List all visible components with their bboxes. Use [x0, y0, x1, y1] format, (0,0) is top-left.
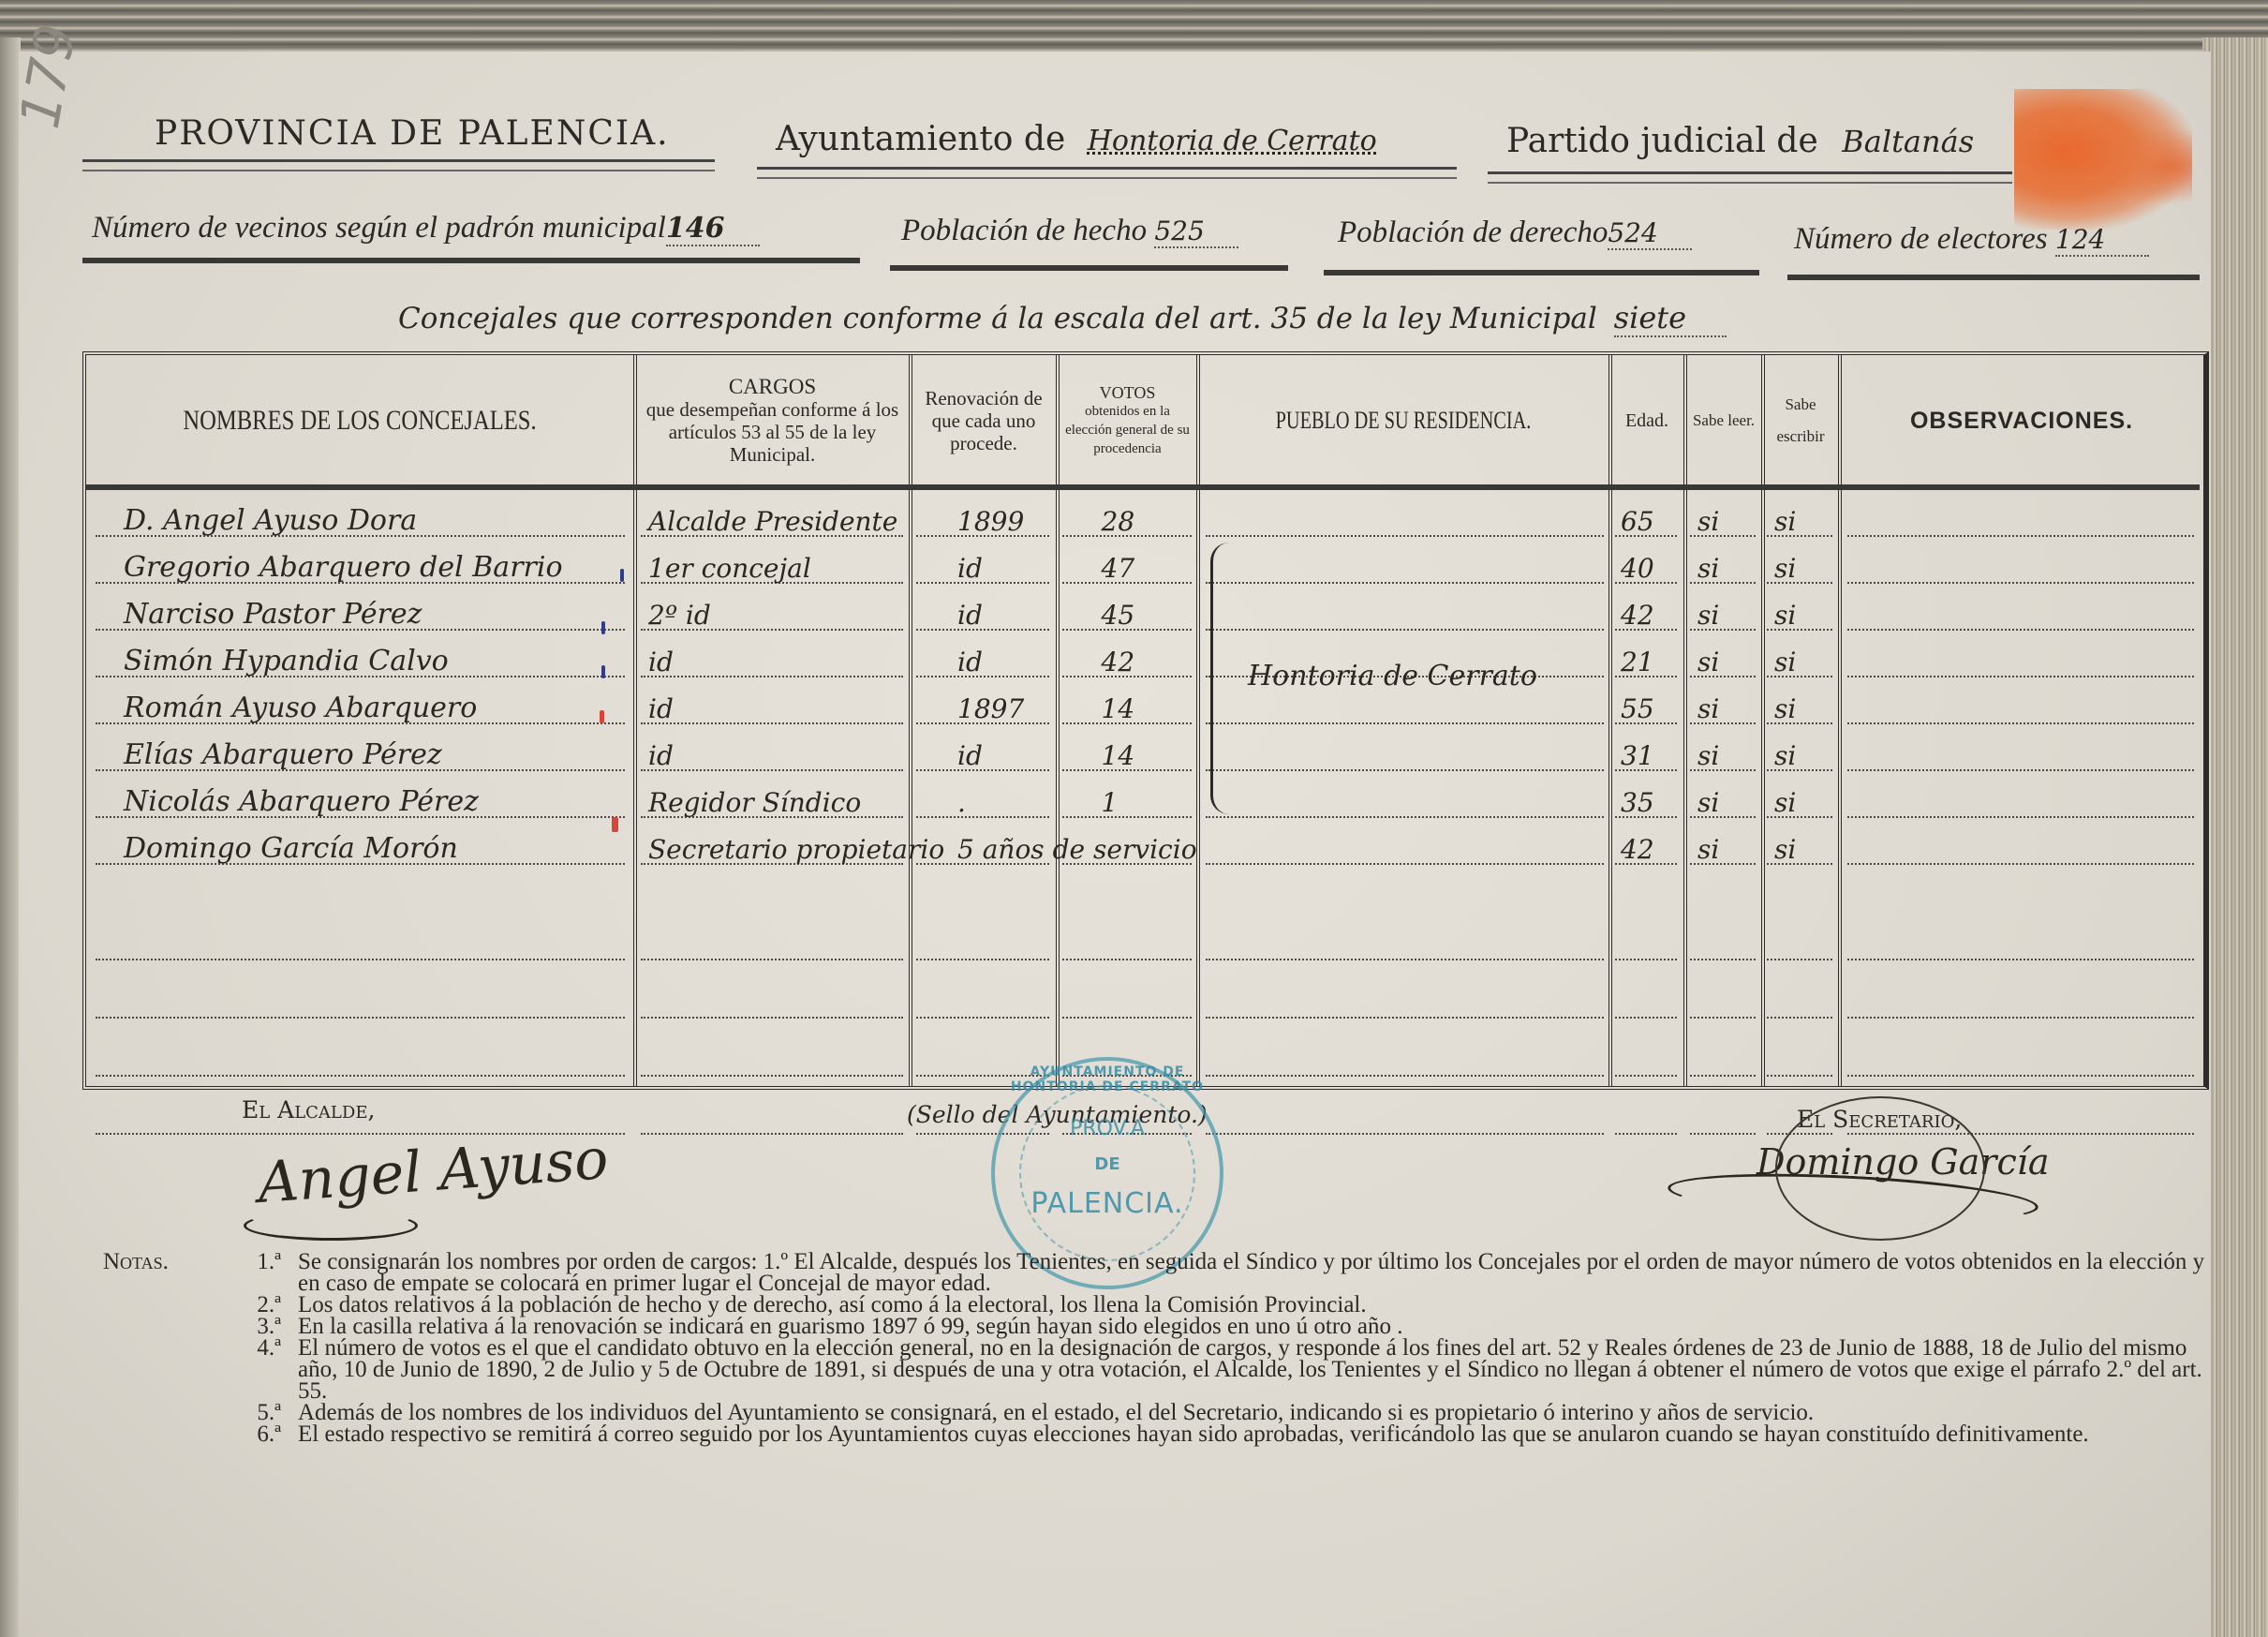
dotted-leader	[1847, 1075, 2194, 1077]
cell-escribir: si	[1774, 553, 1796, 584]
cell-edad: 40	[1621, 553, 1654, 584]
th-sabe-leer: Sabe leer.	[1688, 355, 1759, 486]
cell-cargo: id	[648, 740, 674, 771]
cell-cargo: 2º id	[648, 600, 711, 631]
ayuntamiento-rule	[757, 167, 1457, 179]
cell-renovacion: .	[957, 787, 966, 818]
dotted-leader	[1847, 769, 2194, 771]
cell-escribir: si	[1774, 834, 1796, 865]
notes-prefix	[103, 1316, 206, 1337]
book-top-edge	[0, 0, 2268, 58]
dotted-leader	[96, 1075, 625, 1077]
province-title: PROVINCIA DE PALENCIA.	[155, 114, 670, 153]
ayuntamiento-field: Ayuntamiento de Hontoria de Cerrato	[776, 120, 1377, 158]
poblacion-hecho-rule	[890, 265, 1288, 271]
table-row: Simón Hypandia Calvoidid4221sisi	[86, 636, 2203, 683]
cell-renovacion: id	[957, 740, 983, 771]
book-left-edge	[0, 37, 21, 1637]
concejales-value: siete	[1614, 300, 1727, 337]
revenue-stamp-remnant	[2014, 89, 2192, 230]
cell-renovacion: 1899	[957, 506, 1024, 537]
seal-ring-text: AYUNTAMIENTO DE HONTORIA DE CERRATO	[986, 1064, 1229, 1094]
poblacion-hecho-field: Población de hecho 525	[901, 214, 1238, 248]
cell-edad: 35	[1621, 787, 1654, 818]
cell-escribir: si	[1774, 787, 1796, 818]
partido-field: Partido judicial de Baltanás	[1506, 122, 1974, 160]
dotted-leader	[1767, 959, 1832, 960]
dotted-leader	[1690, 959, 1756, 960]
dotted-leader	[1206, 535, 1604, 537]
cell-nombre: Domingo García Morón	[124, 832, 458, 865]
table-row: Domingo García MorónSecretario propietar…	[86, 824, 2203, 871]
cell-leer: si	[1697, 600, 1719, 631]
dotted-leader	[1206, 722, 1604, 724]
notes-prefix	[103, 1337, 206, 1402]
poblacion-derecho-field: Población de derecho524	[1338, 216, 1692, 250]
cell-nombre: Narciso Pastor Pérez	[124, 598, 422, 631]
dotted-leader	[96, 959, 625, 960]
cell-votos: 42	[1102, 647, 1135, 677]
dotted-leader	[1206, 1075, 1604, 1077]
partido-rule	[1488, 171, 2012, 184]
dotted-leader	[916, 769, 1049, 771]
notes-prefix: Notas.	[103, 1251, 206, 1294]
dotted-leader	[1767, 1017, 1832, 1019]
cell-edad: 42	[1621, 600, 1654, 631]
cell-renovacion: id	[957, 647, 983, 677]
dotted-leader	[916, 816, 1049, 818]
electores-rule	[1787, 275, 2200, 280]
th-renovacion: Renovación de que cada uno procede.	[914, 355, 1053, 486]
concejales-table: NOMBRES DE LOS CONCEJALES. CARGOS que de…	[82, 351, 2209, 1090]
dotted-leader	[1847, 816, 2194, 818]
cell-nombre: Simón Hypandia Calvo	[124, 645, 449, 677]
cell-votos: 14	[1102, 740, 1135, 771]
partido-value: Baltanás	[1842, 124, 1974, 159]
vecinos-value: 146	[666, 212, 760, 246]
cell-edad: 65	[1621, 506, 1654, 537]
th-nombres: NOMBRES DE LOS CONCEJALES.	[136, 355, 585, 486]
dotted-leader	[1690, 1075, 1756, 1077]
note-number: 5.ª	[206, 1402, 298, 1423]
table-row: Gregorio Abarquero del Barrio1er conceja…	[86, 543, 2203, 589]
header-rule	[86, 484, 2200, 490]
cell-leer: si	[1697, 740, 1719, 771]
dotted-leader	[1847, 1017, 2194, 1019]
cell-leer: si	[1697, 834, 1719, 865]
note-text: Los datos relativos á la población de he…	[298, 1294, 2211, 1316]
dotted-leader	[1206, 629, 1604, 631]
table-row: Román Ayuso Abarqueroid18971455sisi	[86, 683, 2203, 730]
note-item: 5.ªAdemás de los nombres de los individu…	[103, 1402, 2211, 1423]
concejales-field: Concejales que corresponden conforme á l…	[398, 300, 1727, 337]
cell-nombre: Elías Abarquero Pérez	[124, 738, 442, 771]
electores-value: 124	[2055, 224, 2149, 257]
dotted-leader	[1615, 1017, 1677, 1019]
cell-cargo: id	[648, 647, 674, 677]
dotted-leader	[1847, 722, 2194, 724]
seal-center-top: PROV.A	[995, 1117, 1220, 1140]
th-observaciones: OBSERVACIONES.	[1844, 355, 2200, 486]
ink-mark-blue	[601, 621, 605, 634]
cell-votos: 45	[1102, 600, 1135, 631]
dotted-leader	[1615, 1075, 1677, 1077]
province-rule	[82, 159, 715, 171]
cell-nombre: Román Ayuso Abarquero	[124, 692, 477, 724]
dotted-leader	[1062, 1017, 1192, 1019]
dotted-leader	[641, 1017, 903, 1019]
dotted-leader	[641, 769, 903, 771]
notes-prefix	[103, 1294, 206, 1316]
cell-cargo: Alcalde Presidente	[648, 506, 897, 537]
cell-renovacion: 5 años de servicio	[957, 834, 1197, 865]
dotted-leader	[1062, 959, 1192, 960]
cell-leer: si	[1697, 693, 1719, 724]
th-cargos: CARGOS que desempeñan conforme á los art…	[639, 355, 906, 486]
cell-escribir: si	[1774, 506, 1796, 537]
dotted-leader	[1690, 1017, 1756, 1019]
cell-votos: 1	[1102, 787, 1119, 818]
cell-votos: 28	[1102, 506, 1135, 537]
note-number: 4.ª	[206, 1337, 298, 1402]
dotted-leader	[96, 1017, 625, 1019]
electores-field: Número de electores 124	[1794, 222, 2149, 257]
ayuntamiento-value: Hontoria de Cerrato	[1088, 125, 1377, 157]
cell-leer: si	[1697, 647, 1719, 677]
vecinos-rule	[82, 258, 860, 263]
cell-edad: 31	[1621, 740, 1654, 771]
dotted-leader	[641, 722, 903, 724]
dotted-leader	[916, 676, 1049, 677]
th-votos: VOTOS obtenidos en la elección general d…	[1060, 355, 1194, 486]
dotted-leader	[916, 959, 1049, 960]
dotted-leader	[1206, 769, 1604, 771]
table-row: Narciso Pastor Pérez2º idid4542sisi	[86, 589, 2203, 636]
book-right-edge	[2202, 37, 2268, 1637]
cell-escribir: si	[1774, 647, 1796, 677]
note-item: 6.ªEl estado respectivo se remitirá á co…	[103, 1423, 2211, 1445]
note-number: 1.ª	[206, 1251, 298, 1294]
th-edad: Edad.	[1613, 355, 1681, 486]
dotted-leader	[1062, 816, 1192, 818]
dotted-leader	[1615, 959, 1677, 960]
table-row	[86, 919, 2203, 966]
cell-leer: si	[1697, 553, 1719, 584]
vecinos-field: Número de vecinos según el padrón munici…	[92, 211, 760, 246]
note-item: Notas.1.ªSe consignarán los nombres por …	[103, 1251, 2211, 1294]
note-text: En la casilla relativa á la renovación s…	[298, 1316, 2211, 1337]
th-sabe-escribir: Sabe escribir	[1765, 355, 1836, 486]
cell-renovacion: id	[957, 600, 983, 631]
note-number: 2.ª	[206, 1294, 298, 1316]
dotted-leader	[1847, 959, 2194, 960]
dotted-leader	[916, 1017, 1049, 1019]
secretario-flourish-circle	[1775, 1096, 1985, 1241]
cell-escribir: si	[1774, 600, 1796, 631]
poblacion-derecho-rule	[1324, 270, 1759, 275]
dotted-leader	[641, 1133, 903, 1135]
cell-votos: 14	[1102, 693, 1135, 724]
cell-cargo: Regidor Síndico	[648, 787, 861, 818]
notes-prefix	[103, 1423, 206, 1445]
seal-center-mid: DE	[995, 1154, 1220, 1174]
note-text: Se consignarán los nombres por orden de …	[298, 1251, 2211, 1294]
cell-nombre: Gregorio Abarquero del Barrio	[124, 551, 563, 584]
cell-escribir: si	[1774, 693, 1796, 724]
table-row: D. Angel Ayuso DoraAlcalde Presidente189…	[86, 496, 2203, 543]
cell-votos: 47	[1102, 553, 1135, 584]
dotted-leader	[1206, 582, 1604, 584]
cell-cargo: 1er concejal	[648, 553, 811, 584]
ink-mark-red	[612, 817, 618, 832]
dotted-leader	[641, 676, 903, 677]
cell-edad: 21	[1621, 647, 1654, 677]
note-item: 4.ªEl número de votos es el que el candi…	[103, 1337, 2211, 1402]
note-number: 3.ª	[206, 1316, 298, 1337]
ink-mark-blue	[601, 665, 605, 678]
poblacion-hecho-value: 525	[1154, 216, 1238, 248]
ink-mark-red	[600, 710, 604, 723]
pueblo-bracket	[1210, 543, 1232, 814]
note-number: 6.ª	[206, 1423, 298, 1445]
table-row: Elías Abarquero Pérezidid1431sisi	[86, 730, 2203, 777]
dotted-leader	[1847, 676, 2194, 677]
cell-renovacion: 1897	[957, 693, 1024, 724]
alcalde-label: El Alcalde,	[242, 1096, 375, 1124]
dotted-leader	[1206, 1017, 1604, 1019]
dotted-leader	[1615, 1133, 1677, 1135]
cell-renovacion: id	[957, 553, 983, 584]
dotted-leader	[1767, 1075, 1832, 1077]
cell-leer: si	[1697, 787, 1719, 818]
alcalde-flourish	[244, 1211, 418, 1241]
dotted-leader	[1847, 863, 2194, 865]
dotted-leader	[1847, 629, 2194, 631]
note-text: El número de votos es el que el candidat…	[298, 1337, 2211, 1402]
pueblo-residencia-value: Hontoria de Cerrato	[1248, 660, 1537, 692]
table-row: Nicolás Abarquero PérezRegidor Síndico.1…	[86, 777, 2203, 824]
th-pueblo: PUEBLO DE SU RESIDENCIA.	[1246, 355, 1562, 486]
dotted-leader	[916, 582, 1049, 584]
table-row	[86, 977, 2203, 1024]
cell-cargo: id	[648, 693, 674, 724]
dotted-leader	[1206, 816, 1604, 818]
poblacion-derecho-value: 524	[1608, 217, 1692, 250]
cell-leer: si	[1697, 506, 1719, 537]
dotted-leader	[1847, 582, 2194, 584]
dotted-leader	[1206, 1133, 1604, 1135]
notes-prefix	[103, 1402, 206, 1423]
note-item: 3.ªEn la casilla relativa á la renovació…	[103, 1316, 2211, 1337]
note-text: El estado respectivo se remitirá á corre…	[298, 1423, 2211, 1445]
dotted-leader	[641, 1075, 903, 1077]
cell-nombre: D. Angel Ayuso Dora	[124, 504, 417, 537]
dotted-leader	[916, 629, 1049, 631]
seal-center-bottom: PALENCIA.	[995, 1187, 1220, 1220]
cell-edad: 42	[1621, 834, 1654, 865]
cell-nombre: Nicolás Abarquero Pérez	[124, 785, 479, 818]
dotted-leader	[1690, 1133, 1756, 1135]
note-text: Además de los nombres de los individuos …	[298, 1402, 2211, 1423]
notes-section: Notas.1.ªSe consignarán los nombres por …	[103, 1251, 2211, 1445]
dotted-leader	[641, 959, 903, 960]
cell-edad: 55	[1621, 693, 1654, 724]
cell-cargo: Secretario propietario	[648, 834, 944, 865]
cell-escribir: si	[1774, 740, 1796, 771]
note-item: 2.ªLos datos relativos á la población de…	[103, 1294, 2211, 1316]
ink-mark-blue	[620, 569, 624, 582]
dotted-leader	[1206, 863, 1604, 865]
dotted-leader	[1206, 959, 1604, 960]
dotted-leader	[1847, 535, 2194, 537]
